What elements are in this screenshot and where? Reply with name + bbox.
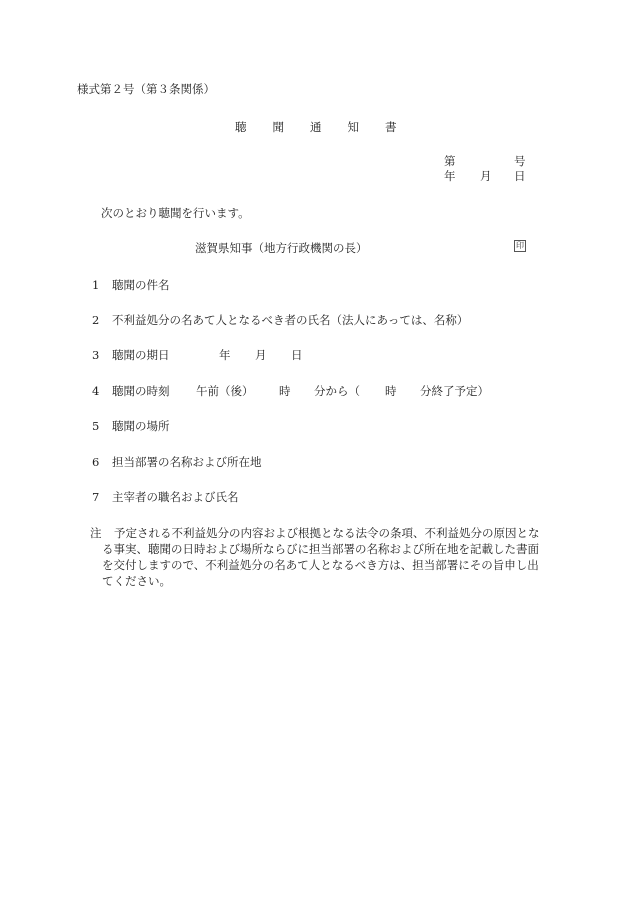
- item-number: 1: [92, 278, 99, 292]
- number-suffix: 号: [514, 154, 526, 168]
- intro-text: 次のとおり聴聞を行います。: [101, 206, 250, 220]
- item-label: 担当部署の名称および所在地: [112, 455, 262, 469]
- field-month: 月: [255, 348, 267, 362]
- document-title: 聴聞通知書: [235, 120, 423, 134]
- field-hour: 時: [279, 384, 291, 398]
- item-number: 3: [92, 348, 99, 362]
- date-year: 年: [444, 169, 456, 183]
- item-label: 主宰者の職名および氏名: [112, 490, 239, 504]
- date-day: 日: [514, 169, 526, 183]
- field-ampm: 午前（後）: [196, 384, 254, 398]
- title-char: 知: [348, 120, 360, 134]
- form-number: 様式第２号（第３条関係）: [77, 82, 215, 96]
- title-char: 聞: [273, 120, 285, 134]
- title-char: 聴: [235, 120, 247, 134]
- seal-icon: 印: [514, 240, 526, 252]
- item-number: 4: [92, 384, 99, 398]
- field-end-hour: 時: [385, 384, 397, 398]
- field-end-minute: 分終了予定）: [420, 384, 489, 398]
- note-line: 予定される不利益処分の内容および根拠となる法令の条項、不利益処分の原因とな: [114, 526, 540, 540]
- note-line: る事実、聴聞の日時および場所ならびに担当部署の名称および所在地を記載した書面: [102, 542, 539, 556]
- title-char: 書: [385, 120, 397, 134]
- item-number: 7: [92, 490, 99, 504]
- note-line: てください。: [102, 574, 171, 588]
- field-minute-from: 分から（: [314, 384, 360, 398]
- item-number: 5: [92, 419, 99, 433]
- item-label: 聴聞の場所: [112, 419, 170, 433]
- title-char: 通: [310, 120, 322, 134]
- item-number: 6: [92, 455, 99, 469]
- item-number: 2: [92, 313, 99, 327]
- item-label: 聴聞の件名: [112, 278, 170, 292]
- field-day: 日: [291, 348, 303, 362]
- note-marker: 注: [90, 526, 102, 540]
- number-prefix: 第: [444, 154, 456, 168]
- item-label: 不利益処分の名あて人となるべき者の氏名（法人にあっては、名称）: [112, 313, 468, 327]
- item-label: 聴聞の時刻: [112, 384, 170, 398]
- date-month: 月: [480, 169, 492, 183]
- issuer-name: 滋賀県知事（地方行政機関の長）: [195, 241, 368, 255]
- note-line: を交付しますので、不利益処分の名あて人となるべき方は、担当部署にその旨申し出: [102, 558, 539, 572]
- field-year: 年: [219, 348, 231, 362]
- item-label: 聴聞の期日: [112, 348, 170, 362]
